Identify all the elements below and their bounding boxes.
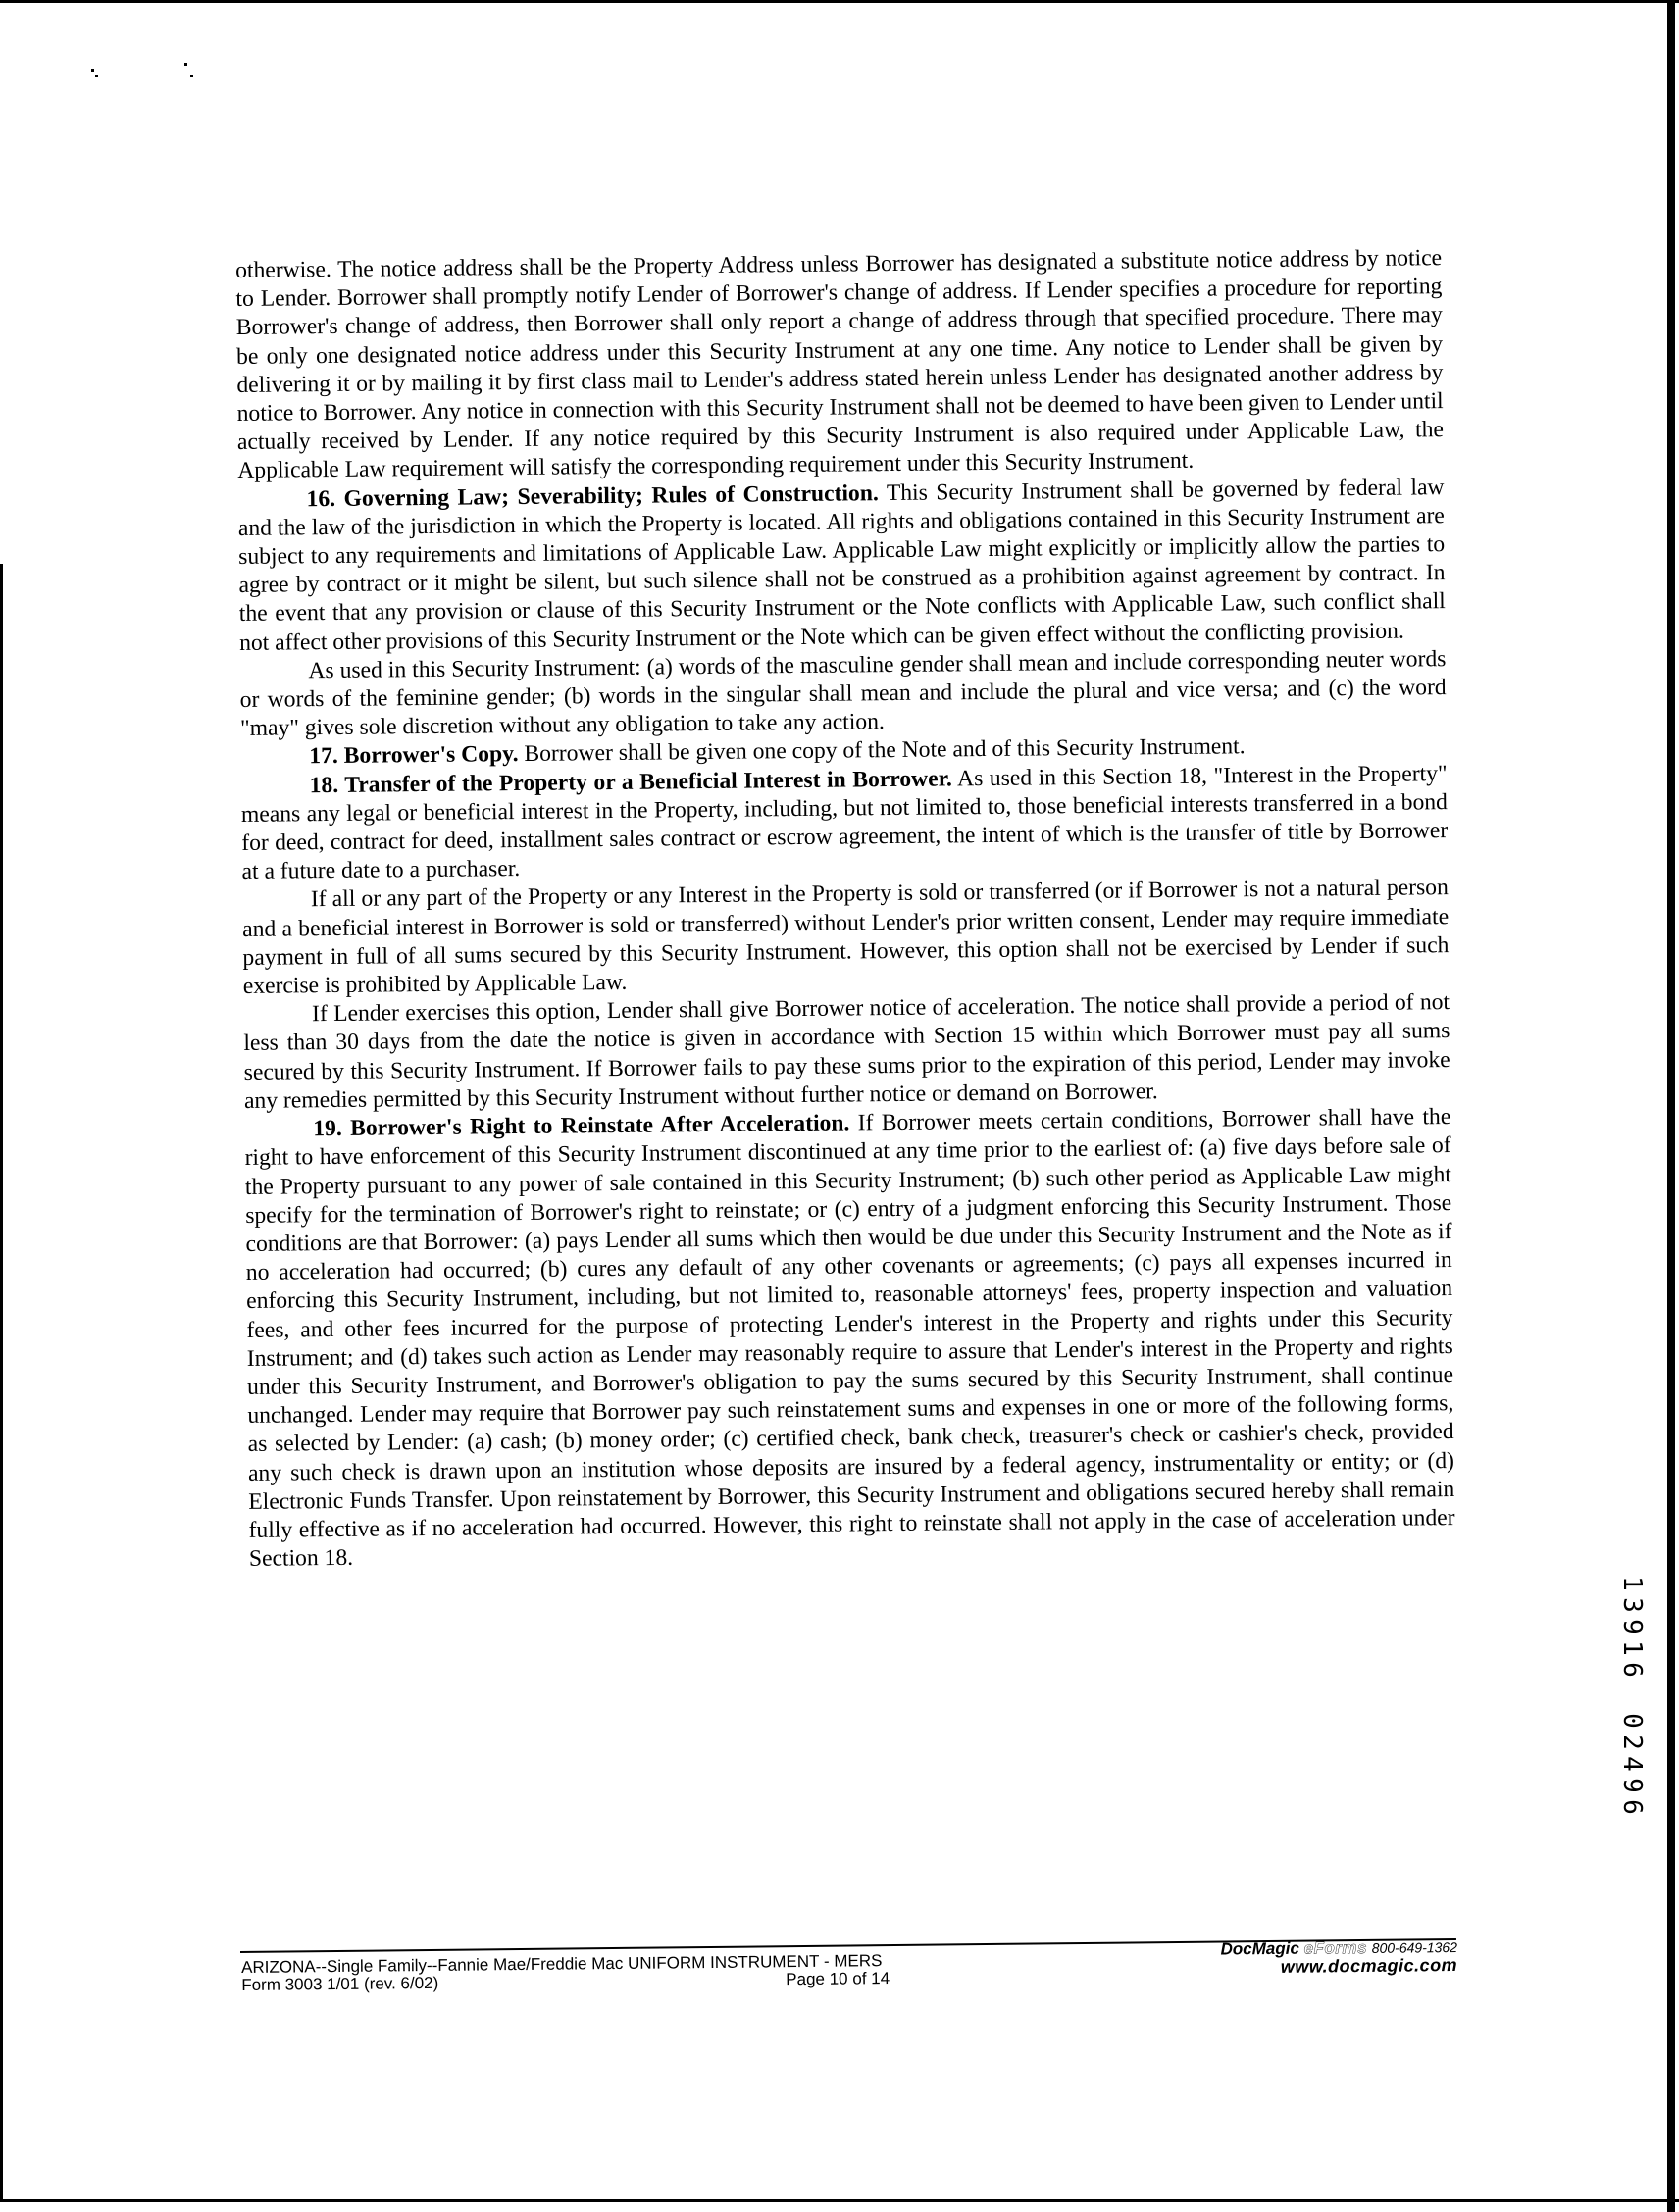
stamp-digit: 9 (1621, 1615, 1643, 1638)
paragraph-16-construction: As used in this Security Instrument: (a)… (239, 645, 1447, 743)
paragraph-text: If Borrower meets certain conditions, Bo… (244, 1104, 1454, 1572)
scan-speck (184, 63, 187, 66)
stamp-digit: 2 (1621, 1731, 1643, 1754)
stamp-digit: 1 (1621, 1572, 1643, 1595)
paragraph-18-acceleration: If Lender exercises this option, Lender … (243, 988, 1450, 1116)
scan-border-bottom (0, 2199, 1679, 2202)
docmagic-logo-text: DocMagic (1220, 1939, 1298, 1959)
scan-border-left (0, 564, 3, 2201)
paragraph-text: If all or any part of the Property or an… (242, 876, 1450, 999)
paragraph-18-transfer: If all or any part of the Property or an… (242, 875, 1450, 1002)
footer-publisher: DocMagic eForms 800-649-1362 www.docmagi… (1220, 1938, 1457, 1977)
publisher-website: www.docmagic.com (1221, 1956, 1458, 1977)
stamp-digit: 0 (1621, 1709, 1643, 1733)
footer-form-info: ARIZONA--Single Family--Fannie Mae/Fredd… (241, 1950, 1045, 1994)
paragraph-text: If Lender exercises this option, Lender … (243, 989, 1450, 1113)
paragraph-18: 18. Transfer of the Property or a Benefi… (241, 760, 1449, 887)
document-body: otherwise. The notice address shall be t… (235, 244, 1455, 1574)
footer-page-number: Page 10 of 14 (786, 1970, 890, 1988)
stamp-gap (1620, 1681, 1644, 1710)
paragraph-text: otherwise. The notice address shall be t… (235, 245, 1444, 483)
stamp-digit: 6 (1621, 1795, 1643, 1819)
section-heading-18: 18. Transfer of the Property or a Benefi… (310, 766, 952, 798)
publisher-phone: 800-649-1362 (1372, 1939, 1457, 1956)
scan-speck (95, 75, 98, 77)
stamp-digit: 4 (1621, 1752, 1643, 1776)
stamp-digit: 3 (1621, 1593, 1643, 1617)
stamp-digit: 1 (1621, 1636, 1643, 1660)
paragraph-19: 19. Borrower's Right to Reinstate After … (244, 1103, 1455, 1574)
scan-border-top (0, 0, 1679, 3)
paragraph-16: 16. Governing Law; Severability; Rules o… (237, 474, 1446, 658)
stamp-digit: 9 (1621, 1774, 1643, 1797)
section-heading-16: 16. Governing Law; Severability; Rules o… (306, 480, 878, 512)
paragraph-text: As used in this Security Instrument: (a)… (240, 646, 1447, 741)
recording-stamp: 1 3 9 1 6 0 2 4 9 6 (1620, 1573, 1644, 1818)
page-footer: ARIZONA--Single Family--Fannie Mae/Fredd… (241, 1946, 1457, 1959)
section-heading-19: 19. Borrower's Right to Reinstate After … (313, 1111, 849, 1142)
stamp-digit: 6 (1621, 1658, 1643, 1682)
scan-speck (190, 75, 193, 77)
section-heading-17: 17. Borrower's Copy. (309, 741, 518, 769)
eforms-logo-icon: eForms (1304, 1938, 1368, 1958)
scan-border-right (1667, 0, 1675, 2212)
scan-speck (91, 69, 94, 72)
paragraph-15-continued: otherwise. The notice address shall be t… (235, 244, 1444, 485)
